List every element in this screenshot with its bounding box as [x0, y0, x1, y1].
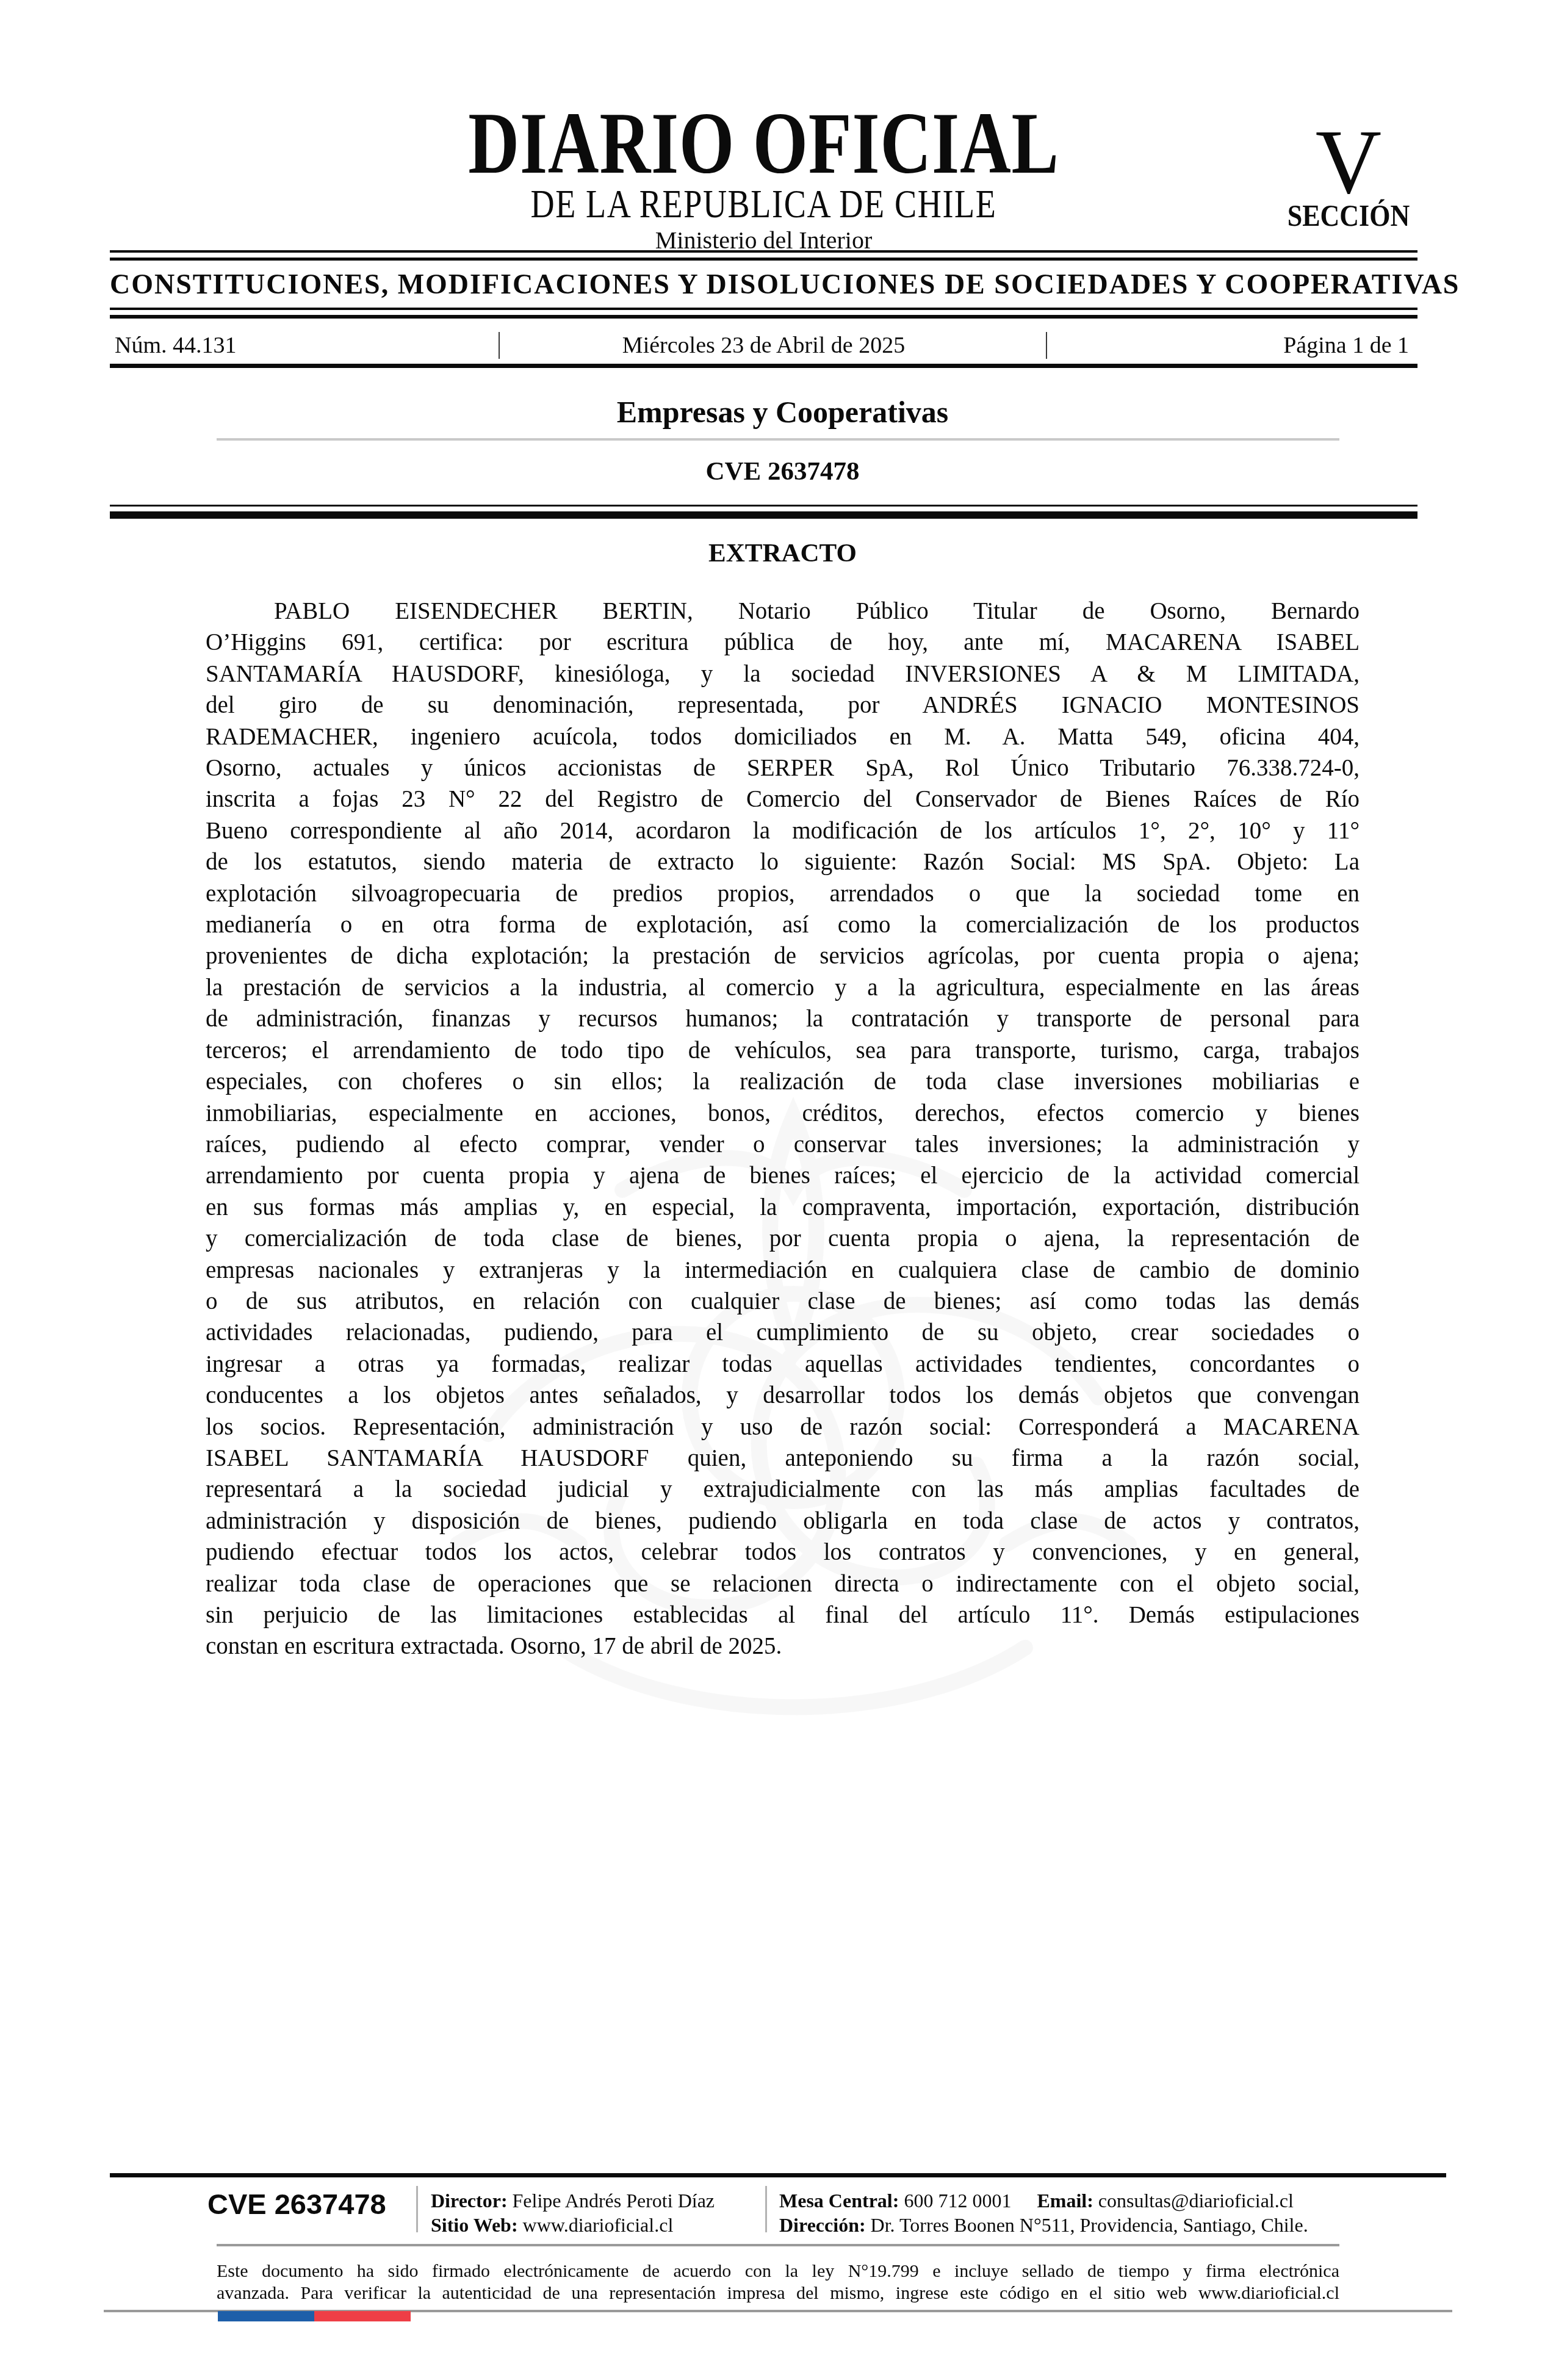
body-line-31: pudiendo efectuar todos los actos, celeb… — [206, 1537, 1360, 1568]
body-line-11: medianería o en otra forma de explotació… — [206, 909, 1360, 940]
footer-contact-column: Mesa Central: 600 712 0001Email: consult… — [779, 2188, 1308, 2237]
direccion-label: Dirección: — [779, 2214, 866, 2236]
site-label: Sitio Web: — [431, 2214, 518, 2236]
rule-banner-bottom-thin — [110, 308, 1417, 310]
body-line-9: de los estatutos, siendo materia de extr… — [206, 846, 1360, 878]
legal-notice: Este documento ha sido firmado electróni… — [217, 2260, 1339, 2304]
rule-footer-top — [110, 2173, 1446, 2177]
section-heading: Empresas y Cooperativas — [206, 394, 1360, 430]
body-line-34: constan en escritura extractada. Osorno,… — [206, 1631, 1360, 1662]
masthead-subtitle: DE LA REPUBLICA DE CHILE — [228, 183, 1300, 226]
legal-line-1: Este documento ha sido firmado electróni… — [217, 2260, 1339, 2282]
body-line-33: sin perjuicio de las limitaciones establ… — [206, 1599, 1360, 1631]
body-line-5: RADEMACHER, ingeniero acuícola, todos do… — [206, 721, 1360, 752]
footer-director-column: Director: Felipe Andrés Peroti Díaz Siti… — [431, 2188, 715, 2237]
body-line-13: la prestación de servicios a la industri… — [206, 972, 1360, 1003]
body-line-16: especiales, con choferes o sin ellos; la… — [206, 1066, 1360, 1097]
issue-separator-left — [499, 332, 500, 359]
page-indicator: Página 1 de 1 — [1283, 331, 1409, 360]
body-line-25: ingresar a otras ya formadas, realizar t… — [206, 1349, 1360, 1380]
email-address: consultas@diarioficial.cl — [1098, 2190, 1294, 2212]
footer-contact-line: Mesa Central: 600 712 0001Email: consult… — [779, 2188, 1308, 2213]
rule-extract-thick — [110, 511, 1417, 519]
gazette-page: { "masthead": { "title": "DIARIO OFICIAL… — [0, 0, 1556, 2380]
body-line-15: terceros; el arrendamiento de todo tipo … — [206, 1035, 1360, 1066]
body-line-18: raíces, pudiendo al efecto comprar, vend… — [206, 1129, 1360, 1160]
body-line-29: representará a la sociedad judicial y ex… — [206, 1474, 1360, 1505]
rule-banner-bottom-thick — [110, 315, 1417, 319]
body-line-4: del giro de su denominación, representad… — [206, 690, 1360, 721]
body-line-26: conducentes a los objetos antes señalado… — [206, 1380, 1360, 1411]
body-line-24: actividades relacionadas, pudiendo, para… — [206, 1317, 1360, 1348]
mesa-number: 600 712 0001 — [904, 2190, 1011, 2212]
issue-date: Miércoles 23 de Abril de 2025 — [110, 331, 1417, 360]
body-line-22: empresas nacionales y extranjeras y la i… — [206, 1255, 1360, 1286]
body-line-6: Osorno, actuales y únicos accionistas de… — [206, 752, 1360, 784]
cve-heading: CVE 2637478 — [206, 456, 1360, 487]
footer-director-line: Director: Felipe Andrés Peroti Díaz — [431, 2188, 715, 2213]
director-name: Felipe Andrés Peroti Díaz — [513, 2190, 715, 2212]
body-line-17: inmobiliarias, especialmente en acciones… — [206, 1098, 1360, 1129]
footer-divider-2 — [765, 2186, 767, 2232]
body-line-7: inscrita a fojas 23 N° 22 del Registro d… — [206, 784, 1360, 815]
flag-blue-segment — [218, 2311, 314, 2321]
body-line-2: O’Higgins 691, certifica: por escritura … — [206, 627, 1360, 658]
footer-address-line: Dirección: Dr. Torres Boonen N°511, Prov… — [779, 2213, 1308, 2237]
flag-red-segment — [314, 2311, 411, 2321]
legal-line-2: avanzada. Para verificar la autenticidad… — [217, 2282, 1339, 2304]
body-line-21: y comercialización de toda clase de bien… — [206, 1223, 1360, 1254]
body-line-3: SANTAMARÍA HAUSDORF, kinesióloga, y la s… — [206, 658, 1360, 690]
footer-site-line: Sitio Web: www.diarioficial.cl — [431, 2213, 715, 2237]
mesa-label: Mesa Central: — [779, 2190, 899, 2212]
body-line-28: ISABEL SANTAMARÍA HAUSDORF quien, antepo… — [206, 1443, 1360, 1474]
body-line-10: explotación silvoagropecuaria de predios… — [206, 878, 1360, 909]
footer-divider-1 — [416, 2186, 418, 2232]
rule-issue-bottom — [110, 364, 1417, 368]
body-line-19: arrendamiento por cuenta propia y ajena … — [206, 1160, 1360, 1191]
body-line-20: en sus formas más amplias y, en especial… — [206, 1192, 1360, 1223]
body-line-27: los socios. Representación, administraci… — [206, 1412, 1360, 1443]
site-url: www.diarioficial.cl — [523, 2214, 674, 2236]
rule-extract-thin — [110, 505, 1417, 507]
body-line-1: PABLO EISENDECHER BERTIN, Notario Públic… — [206, 596, 1360, 627]
rule-footer-gray — [217, 2244, 1339, 2246]
extract-heading: EXTRACTO — [206, 538, 1360, 569]
body-line-14: de administración, finanzas y recursos h… — [206, 1003, 1360, 1034]
body-line-23: o de sus atributos, en relación con cual… — [206, 1286, 1360, 1317]
masthead-title: DIARIO OFICIAL — [240, 98, 1286, 189]
email-label: Email: — [1037, 2190, 1093, 2212]
section-label: SECCIÓN — [1273, 199, 1424, 232]
category-banner: CONSTITUCIONES, MODIFICACIONES Y DISOLUC… — [110, 267, 1417, 301]
body-line-30: administración y disposición de bienes, … — [206, 1506, 1360, 1537]
section-number: V — [1263, 120, 1434, 205]
body-line-32: realizar toda clase de operaciones que s… — [206, 1568, 1360, 1599]
body-line-8: Bueno correspondiente al año 2014, acord… — [206, 815, 1360, 846]
issue-info-row: Núm. 44.131 Miércoles 23 de Abril de 202… — [110, 331, 1417, 361]
body-line-12: provenientes de dicha explotación; la pr… — [206, 940, 1360, 972]
direccion-value: Dr. Torres Boonen N°511, Providencia, Sa… — [871, 2214, 1308, 2236]
extract-body: PABLO EISENDECHER BERTIN, Notario Públic… — [206, 596, 1360, 1662]
rule-heading-gray — [217, 438, 1339, 441]
rule-top-thin — [110, 250, 1417, 253]
director-label: Director: — [431, 2190, 508, 2212]
issue-separator-right — [1046, 332, 1047, 359]
rule-top-thick — [110, 258, 1417, 261]
footer-cve: CVE 2637478 — [207, 2188, 386, 2220]
